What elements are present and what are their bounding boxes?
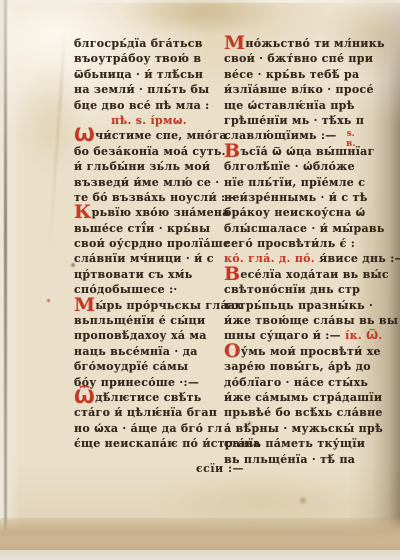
text-line: ѿбьница · и́ тлѣ́сьн [74, 67, 224, 82]
text-line: те бо́ възва́хь ноусли́ :— [74, 190, 224, 205]
text-line: и́ гльбы́ни зь́ль мои́ [74, 159, 224, 174]
ink-text: а́ вѣ́рны · мужьскы́ прѣ [224, 422, 383, 435]
text-line: спо́добышесе :· [74, 282, 224, 297]
ink-text: дѣ́лѥтисе свѣ́ть [95, 391, 201, 404]
text-line: бра́коу неискоу́сна ѡ́ [224, 205, 374, 220]
text-line: до́блїаго · на́се сты́хь [224, 375, 374, 390]
ink-text: бго́моудрїе́ са́мы [74, 360, 188, 373]
text-line: Мы́рь про́рчьскы гла́ах [74, 298, 224, 313]
text-line: наць вьсе́мнїа · да [74, 344, 224, 359]
text-line: заре́ю повы́гь, а́рѣ до [224, 359, 374, 374]
text-line: блы́сшаласе · и́ мы́равь [224, 221, 374, 236]
ink-text: на земли́ · пль́ть бы [74, 83, 209, 96]
ink-text: сего́ просвѣти́ль є́ : [224, 237, 355, 250]
text-line: цр́твовати съ хм́ь [74, 267, 224, 282]
text-line: проповѣ́дахоу ха́ ма [74, 328, 224, 343]
ink-text: блгосрь́дїа бга́тьсв [74, 37, 203, 50]
text-line: и́же твою́ще сла́вы вь вы [224, 313, 374, 328]
text-line: бо́у принесо́ше ·:— [74, 375, 224, 390]
text-line: є́ще неискапа́ѥ по́ и́странїа [74, 436, 224, 451]
ink-text: ста́го и́ цѣлѥ́нїа бгап [74, 406, 217, 419]
ink-text: но ѡ́ха · а́ще да бго́ гл [74, 422, 222, 435]
quire-mark-lower: в. [346, 139, 355, 149]
ink-text: ѿбьница · и́ тлѣ́сьн [74, 68, 203, 81]
text-line: сего́ просвѣти́ль є́ : [224, 236, 374, 251]
text-line: блгосрь́дїа бга́тьсв [74, 36, 224, 51]
ink-text: цр́твовати съ хм́ь [74, 268, 193, 281]
ink-text: до́блїаго · на́се сты́хь [224, 376, 368, 389]
ink-text: рьвїю хво́ю зна́мена [92, 206, 230, 219]
text-line: бце дво все́ пѣ мла : [74, 98, 224, 113]
ink-text: и́же са́мымь стра́дашїи [224, 391, 382, 404]
text-line: и́злїа́вше вл́ко · просе́ [224, 82, 374, 97]
text-line: шны су́щаго и́ :— і́к. Ѿ. [224, 328, 374, 343]
ink-text: блы́сшаласе · и́ мы́равь [224, 222, 385, 235]
catchword: єсїи :— [150, 462, 290, 475]
text-line: ще ѡ́ставлѥ́нїа прѣ [224, 98, 374, 113]
text-line: но ѡ́ха · а́ще да бго́ гл [74, 421, 224, 436]
text-line: ста́го и́ цѣлѥ́нїа бгап [74, 405, 224, 420]
ink-text: заре́ю повы́гь, а́рѣ до [224, 360, 371, 373]
ink-text: бо беза́конїа моа́ суть. [74, 145, 226, 158]
rubric-text: і́к. Ѿ. [345, 329, 382, 342]
text-line: възведи́ и́ме млю́ се · [74, 175, 224, 190]
text-line: свѣтоно́снїи днь стр [224, 282, 374, 297]
text-line: и́же са́мымь стра́дашїи [224, 390, 374, 405]
ink-text: въоутра́боу твою́ в [74, 52, 201, 65]
text-line: ве́се · крь́вь тебѣ́ ра [224, 67, 374, 82]
ink-text: и́злїа́вше вл́ко · просе́ [224, 83, 374, 96]
text-line: бо беза́конїа моа́ суть. [74, 144, 224, 159]
text-line: на земли́ · пль́ть бы [74, 82, 224, 97]
text-line: вьпльще́нїи е́ сы́ци [74, 313, 224, 328]
ink-text: грѣше́нїи мь · тѣ́хь п [224, 114, 364, 127]
ink-text: чи́стиме спе, мно́га [95, 129, 227, 142]
text-line: прьвѣе́ бо всѣ́хь сла́вне [224, 405, 374, 420]
ink-text: но́жьство́ ти мл́никь [245, 37, 384, 50]
left-text-column: блгосрь́дїа бга́тьсввъоутра́боу твою́ вѿ… [74, 36, 224, 452]
text-line: бго́моудрїе́ са́мы [74, 359, 224, 374]
ink-text: свои́ оу́срдно пролїа́ше [74, 237, 230, 250]
text-line: пѣ. ѕ. і́рмѡ. [74, 113, 224, 128]
ink-text: и́ гльбы́ни зь́ль мои́ [74, 160, 210, 173]
rubric-text: пѣ. ѕ. і́рмѡ. [111, 114, 187, 127]
ink-text: възведи́ и́ме млю́ се · [74, 176, 219, 189]
ink-text: неи́зре́ннымь · и́ с тѣ [224, 191, 368, 204]
text-line: Крьвїю хво́ю зна́мена [74, 205, 224, 220]
ink-text: у́мь мои́ просвѣти́ хе [241, 345, 381, 358]
lower-leaf-edge [0, 518, 400, 552]
ink-text: ще ѡ́ставлѥ́нїа прѣ [224, 99, 355, 112]
ink-text: проповѣ́дахоу ха́ ма [74, 329, 207, 342]
ink-text: сла́внїи мч́ници · и́ с [74, 252, 214, 265]
text-line: тотрь́пьць празны́кь · [224, 298, 374, 313]
ink-text: шны су́щаго и́ :— [224, 329, 345, 342]
text-line: ста́вь па́меть тку́щїи [224, 436, 374, 451]
ink-text: вьше́се стї́и · крь́вы [74, 222, 210, 235]
text-line: сла́внїи мч́ници · и́ с [74, 251, 224, 266]
ink-text: есе́лїа хода́таи вь вы́с [240, 268, 388, 281]
ink-text: и́же твою́ще сла́вы вь вы [224, 314, 398, 327]
text-line: Мно́жьство́ ти мл́никь [224, 36, 374, 51]
text-line: вьше́се стї́и · крь́вы [74, 221, 224, 236]
text-line: а́ вѣ́рны · мужьскы́ прѣ [224, 421, 374, 436]
ink-text: бце дво все́ пѣ мла : [74, 99, 210, 112]
quire-mark-upper: ѕ. [346, 129, 355, 139]
text-line: неи́зре́ннымь · и́ с тѣ [224, 190, 374, 205]
ink-text: нїе пль́тїи, прїе́мле с [224, 176, 365, 189]
text-line: свои́ оу́срдно пролїа́ше [74, 236, 224, 251]
text-line: Оу́мь мои́ просвѣти́ хе [224, 344, 374, 359]
ink-text: ы́рь про́рчьскы гла́ах [95, 299, 242, 312]
ink-text: ве́се · крь́вь тебѣ́ ра [224, 68, 359, 81]
ink-text: те бо́ възва́хь ноусли́ :— [74, 191, 237, 204]
manuscript-page: блгосрь́дїа бга́тьсввъоутра́боу твою́ вѿ… [0, 0, 400, 560]
binding-shadow-line [4, 0, 7, 560]
ink-text: прьвѣе́ бо всѣ́хь сла́вне [224, 406, 383, 419]
text-line: блголѣ́пїе · ѡ́бло́же [224, 159, 374, 174]
ink-text: я́висе днь :— [319, 252, 400, 265]
text-line: свои́ · бжт́вно спе́ при [224, 51, 374, 66]
page-top-edge [0, 0, 400, 3]
quire-mark: ѕ. в. [346, 129, 355, 149]
text-line: нїе пль́тїи, прїе́мле с [224, 175, 374, 190]
rubricated-initial: К [74, 201, 92, 223]
text-line: Весе́лїа хода́таи вь вы́с [224, 267, 374, 282]
ink-text: свѣтоно́снїи днь стр [224, 283, 360, 296]
page-bottom-edge [0, 550, 400, 560]
right-text-column: Мно́жьство́ ти мл́никьсвои́ · бжт́вно сп… [224, 36, 374, 467]
ink-text: тотрь́пьць празны́кь · [224, 299, 373, 312]
text-line: Ѡчи́стиме спе, мно́га [74, 128, 224, 143]
ink-text: бра́коу неискоу́сна ѡ́ [224, 206, 366, 219]
ink-text: блголѣ́пїе · ѡ́бло́же [224, 160, 355, 173]
ink-text: ста́вь па́меть тку́щїи [224, 437, 365, 450]
ink-text: славлю́щїимь :— [224, 129, 337, 142]
ink-text: свои́ · бжт́вно спе́ при [224, 52, 373, 65]
text-line: въоутра́боу твою́ в [74, 51, 224, 66]
ink-text: наць вьсе́мнїа · да [74, 345, 198, 358]
text-line: Ѿдѣ́лѥтисе свѣ́ть [74, 390, 224, 405]
text-line: ко́. гла́. д. по́. я́висе днь :— [224, 251, 374, 266]
text-line: грѣше́нїи мь · тѣ́хь п [224, 113, 374, 128]
ink-text: вьпльще́нїи е́ сы́ци [74, 314, 205, 327]
